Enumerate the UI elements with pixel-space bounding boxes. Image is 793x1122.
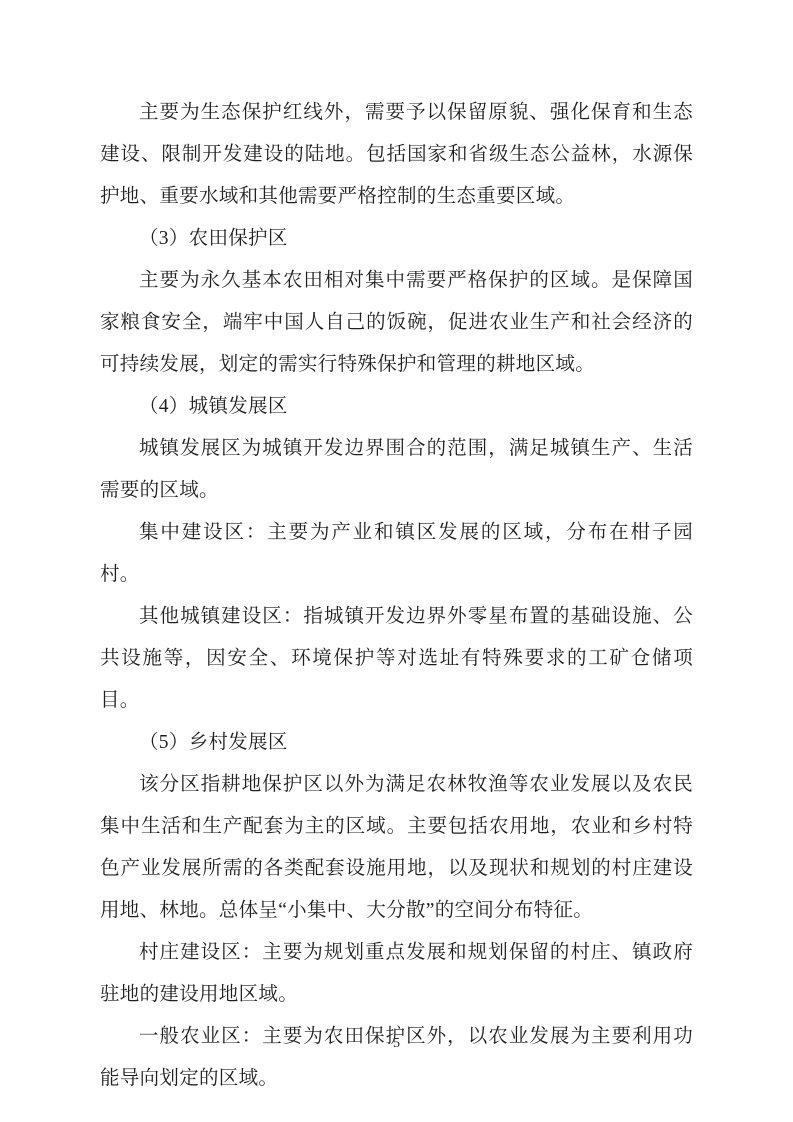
page-number: 5 (0, 1036, 793, 1052)
page-body-text: 主要为生态保护红线外，需要予以保留原貌、强化保育和生态建设、限制开发建设的陆地。… (100, 92, 693, 1100)
paragraph: 该分区指耕地保护区以外为满足农林牧渔等农业发展以及农民集中生活和生产配套为主的区… (100, 764, 693, 932)
paragraph-heading: （4）城镇发展区 (100, 386, 693, 428)
paragraph: 主要为生态保护红线外，需要予以保留原貌、强化保育和生态建设、限制开发建设的陆地。… (100, 92, 693, 218)
paragraph-heading: （5）乡村发展区 (100, 722, 693, 764)
paragraph-heading: （3）农田保护区 (100, 218, 693, 260)
paragraph: 集中建设区：主要为产业和镇区发展的区域，分布在柑子园村。 (100, 512, 693, 596)
paragraph: 村庄建设区：主要为规划重点发展和规划保留的村庄、镇政府驻地的建设用地区域。 (100, 932, 693, 1016)
paragraph: 主要为永久基本农田相对集中需要严格保护的区域。是保障国家粮食安全，端牢中国人自己… (100, 260, 693, 386)
paragraph: 一般农业区：主要为农田保护区外，以农业发展为主要利用功能导向划定的区域。 (100, 1016, 693, 1100)
paragraph: 城镇发展区为城镇开发边界围合的范围，满足城镇生产、生活需要的区域。 (100, 428, 693, 512)
paragraph: 其他城镇建设区：指城镇开发边界外零星布置的基础设施、公共设施等，因安全、环境保护… (100, 596, 693, 722)
document-page: 主要为生态保护红线外，需要予以保留原貌、强化保育和生态建设、限制开发建设的陆地。… (0, 0, 793, 1122)
